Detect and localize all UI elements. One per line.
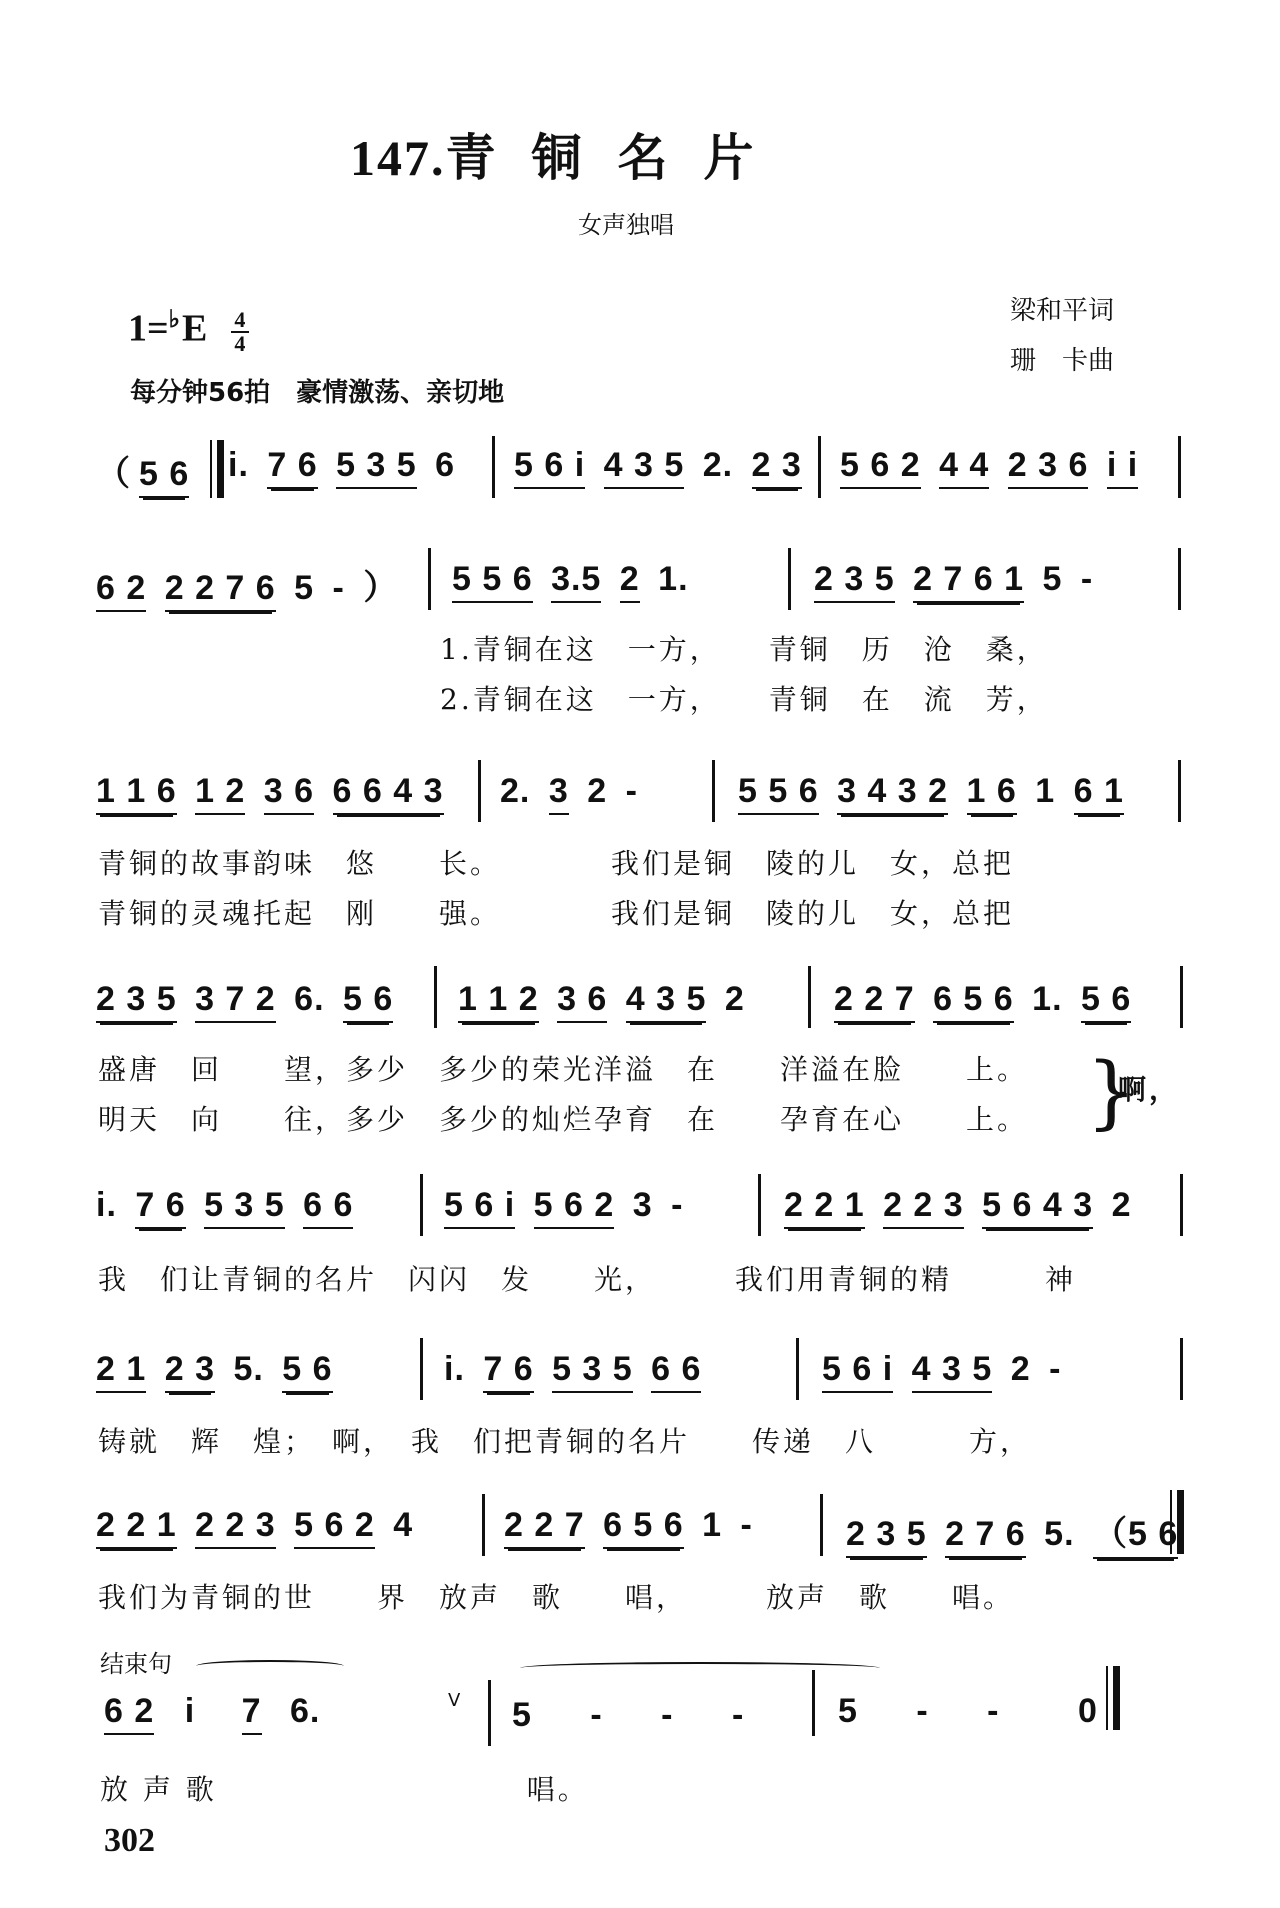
measure: 2 2 7 6 5 6 1. 5 6 (834, 980, 1139, 1023)
note-group: 4 3 5 (626, 980, 707, 1023)
note-group: 1 6 (967, 772, 1017, 815)
note-group: 5 6 4 3 (982, 1186, 1093, 1229)
notation-row-5: i. 7 6 5 3 5 6 6 (96, 1186, 361, 1229)
breath-mark-icon: V (448, 1690, 460, 1711)
barline (492, 436, 495, 498)
note: 2 (725, 980, 745, 1019)
measure: 5 6 i 4 3 5 2. 2 3 (514, 446, 810, 489)
barline (1178, 548, 1181, 610)
notation-row-2: 6 2 2 2 7 6 5 - ） (96, 560, 406, 612)
note: 5 (838, 1692, 858, 1731)
title-number: 147. (350, 130, 446, 186)
brace-lyric: 啊， (1118, 1068, 1180, 1108)
barline (488, 1680, 491, 1746)
note-group: 4 3 5 (604, 446, 685, 489)
note-group: 6 6 (651, 1350, 701, 1393)
title-char: 青 (446, 118, 498, 190)
dash: - (732, 1696, 744, 1735)
note-group: 7 6 (483, 1350, 533, 1393)
note-group: 6 2 (104, 1692, 154, 1735)
note: 5. (233, 1350, 263, 1389)
note: i (185, 1692, 195, 1731)
note-group: 5 3 5 (204, 1186, 285, 1229)
note-group: 2 3 (752, 446, 802, 489)
note: i. (444, 1350, 465, 1389)
page-title: 147.青铜名片 (350, 118, 790, 190)
measure: 5 6 2 4 4 2 3 6 i i (840, 446, 1146, 489)
notation-row-1: （5 6 (96, 446, 197, 498)
barline (428, 548, 431, 610)
barline (1180, 966, 1183, 1028)
dash: - (626, 772, 638, 811)
note-group: 1 1 6 (96, 772, 177, 815)
note-group: 5 6 (343, 980, 393, 1023)
key-prefix: 1= (128, 308, 169, 350)
notation-row-ending: 6 2 i 7 6. (104, 1692, 328, 1735)
barline (788, 548, 791, 610)
note-group: 2 3 5 (846, 1515, 927, 1558)
dash: - (916, 1692, 928, 1731)
note: i. (96, 1186, 117, 1225)
barline (420, 1174, 423, 1236)
measure: 5 - - 0 (838, 1692, 1106, 1731)
flat-icon: ♭ (169, 307, 180, 333)
note: 6. (290, 1692, 320, 1731)
barline (808, 966, 811, 1028)
note-group: 6 6 (303, 1186, 353, 1229)
note: 3 (633, 1186, 653, 1225)
slur-icon (196, 1660, 344, 1672)
note: 1 (702, 1506, 722, 1545)
measure: 5 6 i 5 6 2 3 - (444, 1186, 691, 1229)
note-group: 2 7 6 (945, 1515, 1026, 1558)
lyric-line-verse-1: 青铜的故事韵味 悠 长。 我们是铜 陵的儿 女，总把 (98, 842, 1014, 882)
lyric-line: 我们为青铜的世 界 放声 歌 唱， 放声 歌 唱。 (98, 1576, 1014, 1616)
lyricist: 梁和平词 (1010, 290, 1114, 327)
note-group: 3 4 3 2 (837, 772, 948, 815)
barline (1180, 1338, 1183, 1400)
dash: - (661, 1696, 673, 1735)
lyric-line: 放 声 歌 唱。 (100, 1768, 589, 1808)
note-group: 5 6 (139, 455, 189, 498)
title-char: 名 (618, 118, 670, 190)
note-group: 4 3 5 (912, 1350, 993, 1393)
note-group: 2 2 1 (96, 1506, 177, 1549)
note-group: 3 6 (557, 980, 607, 1023)
barline (420, 1338, 423, 1400)
note-group: 3 6 (264, 772, 314, 815)
note-group: 3 7 2 (195, 980, 276, 1023)
measure: 5 - - - (512, 1696, 752, 1735)
note-group: 5 6 i (444, 1186, 515, 1229)
tempo-marking: 每分钟56拍 豪情激荡、亲切地 (130, 372, 504, 409)
title-char: 片 (704, 118, 756, 190)
barline (1178, 436, 1181, 498)
note: 2. (703, 446, 733, 485)
measure: 2 2 7 6 5 6 1 - (504, 1506, 761, 1549)
measure: 2 3 5 2 7 6 5. （5 6 (846, 1506, 1186, 1559)
notation-row-6: 2 1 2 3 5. 5 6 (96, 1350, 341, 1393)
barline (796, 1338, 799, 1400)
ending-label: 结束句 (100, 1644, 172, 1679)
note: 1. (658, 560, 688, 599)
note: 1. (1032, 980, 1062, 1019)
note: 5 (512, 1696, 532, 1735)
measure: 5 6 i 4 3 5 2 - (822, 1350, 1069, 1393)
barline (434, 966, 437, 1028)
title-char: 铜 (532, 118, 584, 190)
paren-close: ） (363, 560, 398, 609)
dash: - (1049, 1350, 1061, 1389)
dash: - (671, 1186, 683, 1225)
note: 4 (393, 1506, 413, 1545)
measure: 2 2 1 2 2 3 5 6 4 3 2 (784, 1186, 1140, 1229)
note-group: 6 5 6 (933, 980, 1014, 1023)
note-group: 2 2 3 (195, 1506, 276, 1549)
repeat-start-barline (210, 440, 216, 498)
note-group: 3.5 (551, 560, 601, 603)
note: 2 (1011, 1350, 1031, 1389)
meter-bottom: 4 (234, 334, 245, 354)
meter-top: 4 (234, 310, 245, 330)
note-group: 7 6 (135, 1186, 185, 1229)
note: 5 (294, 569, 314, 608)
note: 6 (435, 446, 455, 485)
note-group: 2 2 1 (784, 1186, 865, 1229)
note-group: 2 2 3 (883, 1186, 964, 1229)
note-group: 2 1 (96, 1350, 146, 1393)
lyric-line-verse-1: 盛唐 回 望，多少 多少的荣光洋溢 在 洋溢在脸 上。 (98, 1048, 1028, 1088)
note-group: 5 6 2 (840, 446, 921, 489)
note-group: 2 3 5 (814, 560, 895, 603)
note: 5. (1044, 1515, 1074, 1554)
note-group: 6 6 4 3 (333, 772, 444, 815)
tie-icon (520, 1662, 880, 1674)
note-group: 2 7 6 1 (913, 560, 1024, 603)
measure: 5 5 6 3.5 2 1. (452, 560, 697, 603)
note-group: 5 6 i (822, 1350, 893, 1393)
lyric-line: 我 们让青铜的名片 闪闪 发 光， 我们用青铜的精 神 (98, 1258, 1076, 1298)
final-barline (1106, 1666, 1112, 1730)
note: 3 (549, 772, 569, 815)
accented-notes: 4 4 (939, 446, 989, 489)
key-signature: 1=♭E 4 4 (128, 305, 249, 354)
note-group: 5 6 (1081, 980, 1131, 1023)
notation-row-4: 2 3 5 3 7 2 6. 5 6 (96, 980, 401, 1023)
time-signature: 4 4 (231, 310, 249, 354)
note-group: 5 5 6 (738, 772, 819, 815)
note-group: 5 6 2 (294, 1506, 375, 1549)
note-group: （5 6 (1093, 1506, 1178, 1559)
page-number: 302 (104, 1822, 155, 1860)
measure: 2. 3 2 - (500, 772, 646, 815)
paren-open: （ (96, 446, 131, 495)
note: 2. (500, 772, 530, 811)
note-group: 5 3 5 (552, 1350, 633, 1393)
barline (820, 1494, 823, 1556)
note-group: 6 5 6 (603, 1506, 684, 1549)
note: 2 (1112, 1186, 1132, 1225)
note-group: 2 3 6 (1008, 446, 1089, 489)
dash: - (333, 569, 345, 608)
lyric-line-verse-1: 1.青铜在这 一方， 青铜 历 沧 桑， (440, 628, 1048, 668)
lyric-line-verse-2: 明天 向 往，多少 多少的灿烂孕育 在 孕育在心 上。 (98, 1098, 1028, 1138)
measure: 5 5 6 3 4 3 2 1 6 1 6 1 (738, 772, 1132, 815)
measure: 2 3 5 2 7 6 1 5 - (814, 560, 1101, 603)
dash: - (1081, 560, 1093, 599)
dash: - (987, 1692, 999, 1731)
barline (482, 1494, 485, 1556)
composer: 珊 卡曲 (1010, 340, 1114, 377)
dash: - (741, 1506, 753, 1545)
note-group: 5 6 i (514, 446, 585, 489)
note-group: 1 2 (195, 772, 245, 815)
note: 6. (294, 980, 324, 1019)
note-group: 1 1 2 (458, 980, 539, 1023)
note-group: 5 6 (282, 1350, 332, 1393)
lyric-line-verse-2: 青铜的灵魂托起 刚 强。 我们是铜 陵的儿 女，总把 (98, 892, 1014, 932)
notation-row-1-cont: i. 7 6 5 3 5 6 (228, 446, 463, 489)
note: 1 (1035, 772, 1055, 811)
notation-row-3: 1 1 6 1 2 3 6 6 6 4 3 (96, 772, 452, 815)
lyric-line-verse-2: 2.青铜在这 一方， 青铜 在 流 芳， (440, 678, 1048, 718)
accented-notes: i i (1107, 446, 1138, 489)
barline (712, 760, 715, 822)
barline (758, 1174, 761, 1236)
key-letter: E (182, 308, 207, 350)
note: 2 (587, 772, 607, 811)
subtitle: 女声独唱 (578, 205, 674, 240)
note: 2 (620, 560, 640, 603)
note-group: 6 1 (1074, 772, 1124, 815)
note-group: 2 3 5 (96, 980, 177, 1023)
barline (1180, 1174, 1183, 1236)
lyric-line: 铸就 辉 煌； 啊， 我 们把青铜的名片 传递 八 方， (98, 1420, 1031, 1460)
note: 7 (242, 1692, 262, 1735)
note-group: 2 2 7 (834, 980, 915, 1023)
note-group: 2 3 (165, 1350, 215, 1393)
note-group: 2 2 7 6 (165, 569, 276, 612)
measure: 1 1 2 3 6 4 3 5 2 (458, 980, 753, 1023)
note-group: 5 3 5 (336, 446, 417, 489)
barline (1178, 760, 1181, 822)
note-group: 5 5 6 (452, 560, 533, 603)
notation-row-7: 2 2 1 2 2 3 5 6 2 4 (96, 1506, 421, 1549)
rest: 0 (1078, 1692, 1098, 1731)
dash: - (590, 1696, 602, 1735)
barline (478, 760, 481, 822)
note: i. (228, 446, 249, 485)
barline (812, 1670, 815, 1736)
note-group: 7 6 (267, 446, 317, 489)
barline (818, 436, 821, 498)
measure: i. 7 6 5 3 5 6 6 (444, 1350, 709, 1393)
note-group: 2 2 7 (504, 1506, 585, 1549)
note-group: 5 6 2 (534, 1186, 615, 1229)
repeat-end-barline (1170, 1490, 1176, 1554)
note: 5 (1043, 560, 1063, 599)
note-group: 6 2 (96, 569, 146, 612)
